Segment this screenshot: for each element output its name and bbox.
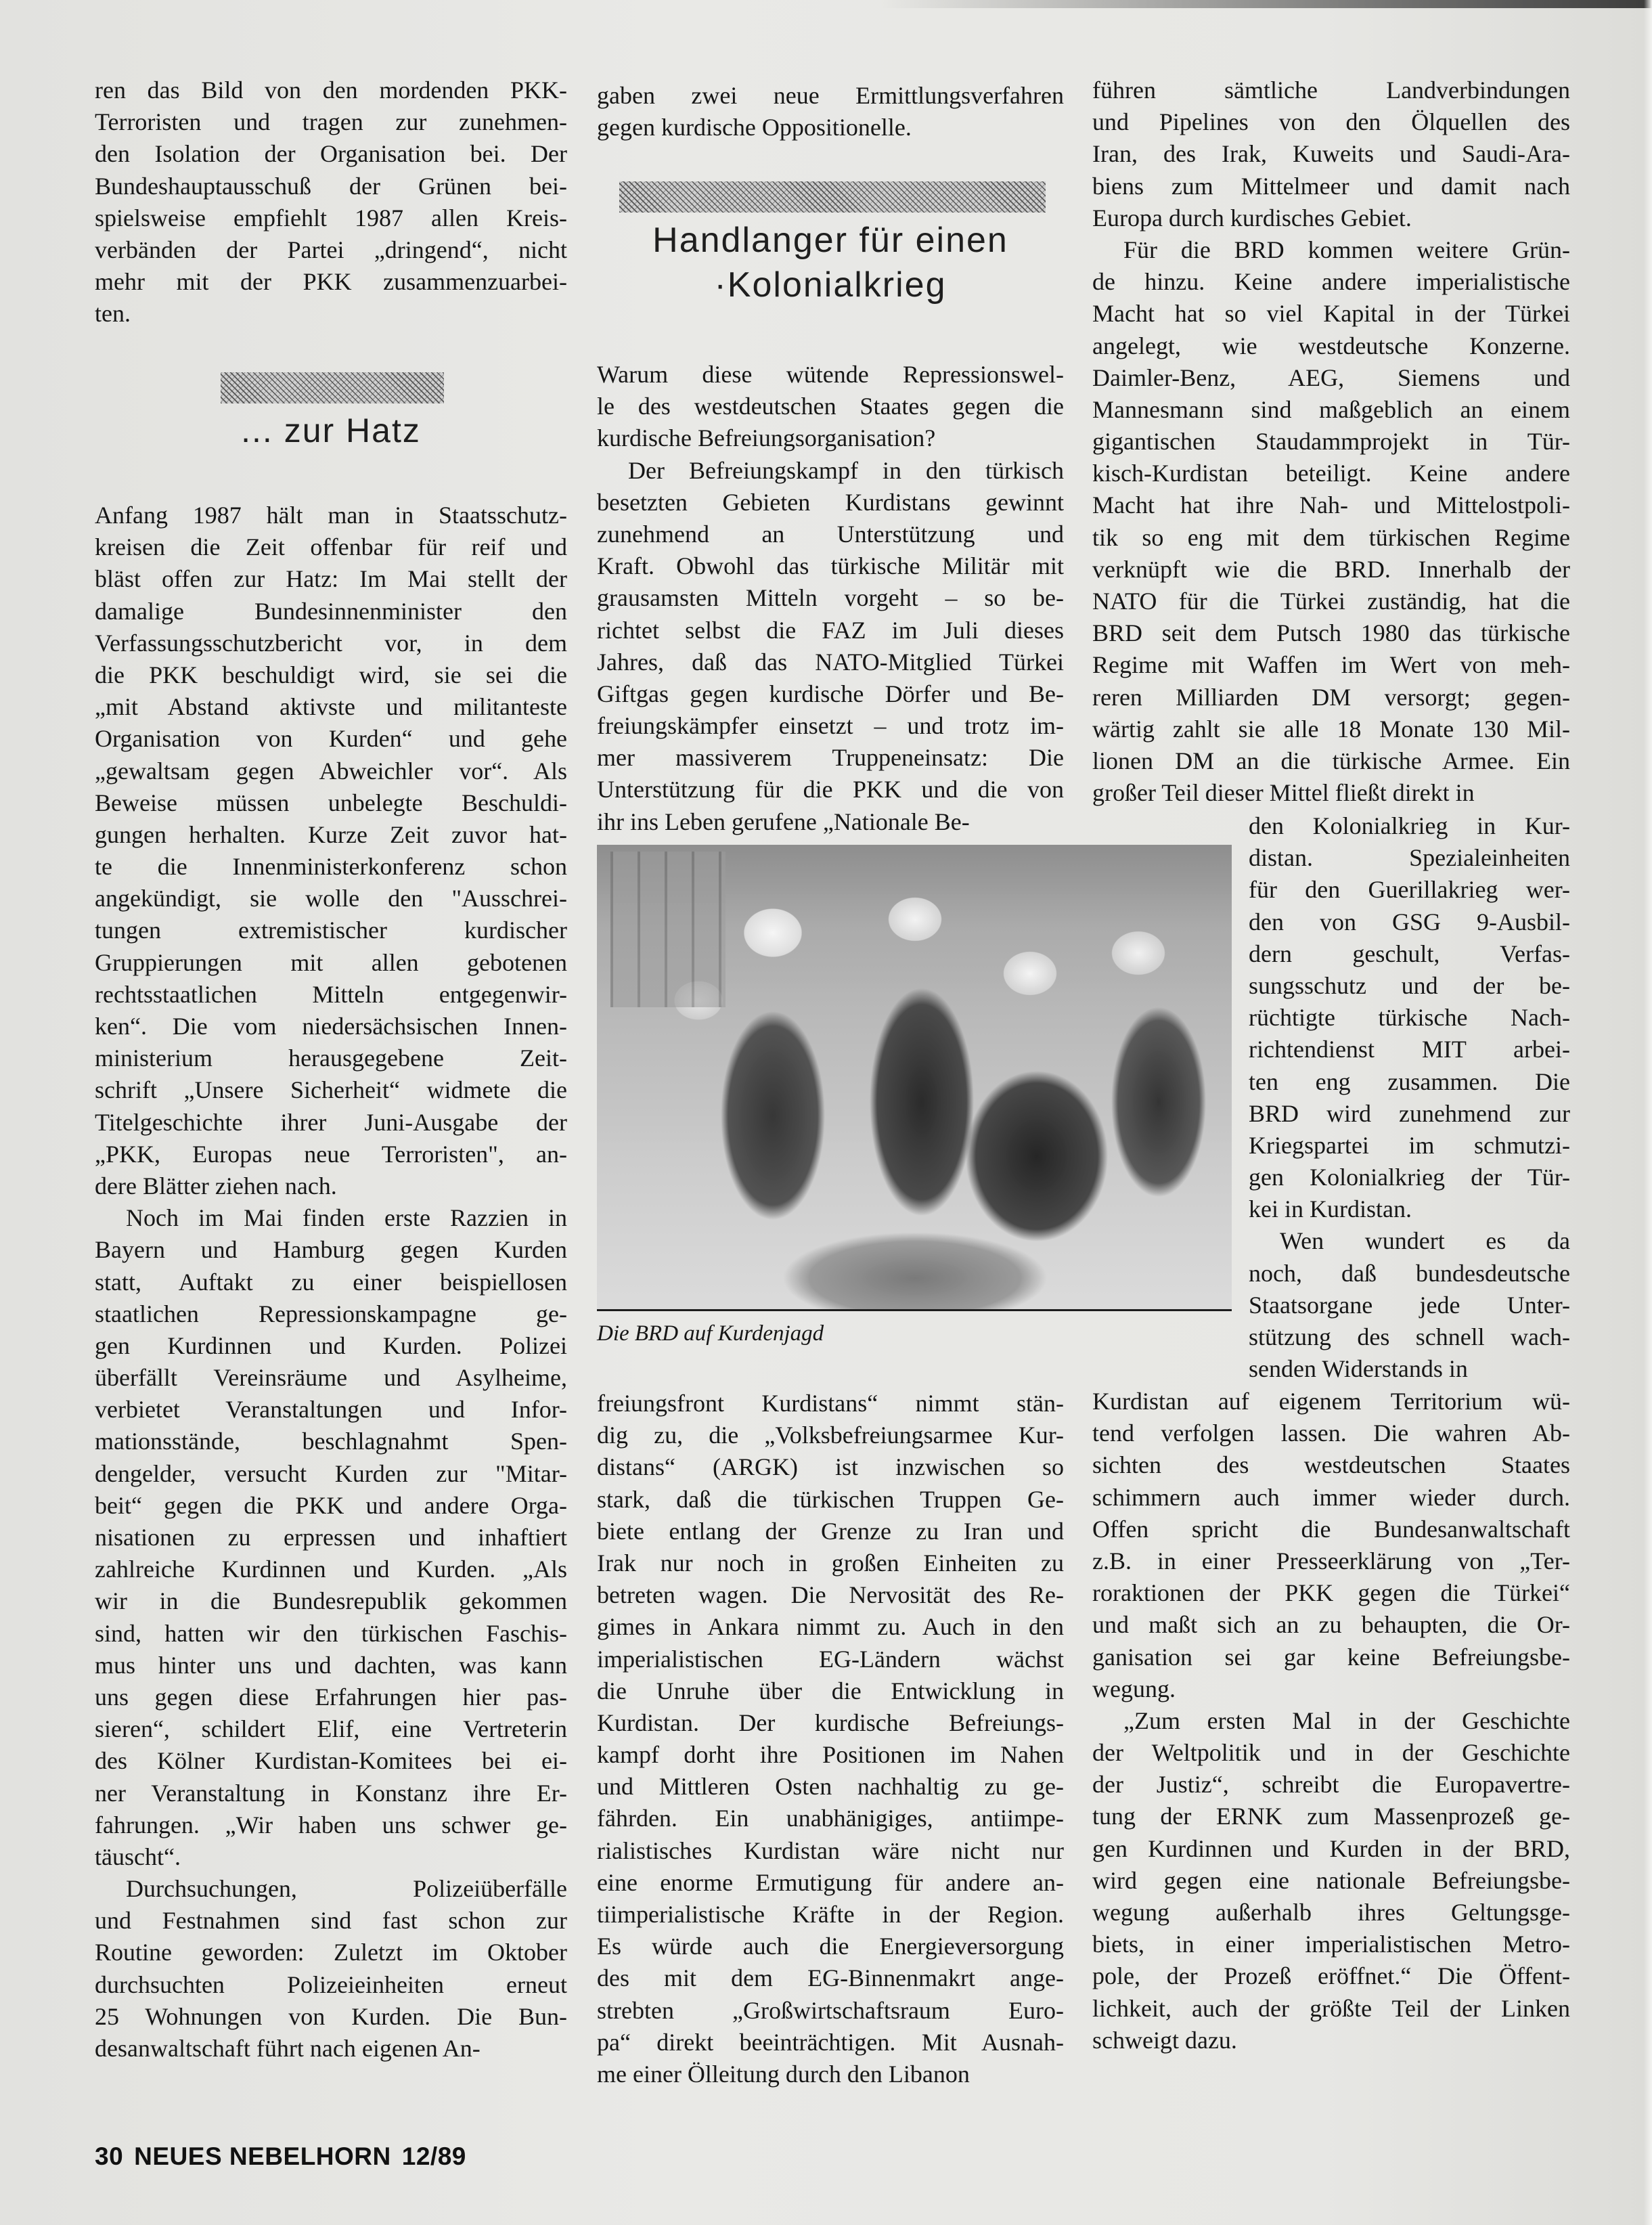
column-3-narrow-wrap: den Kolonialkrieg in Kur-distan. Spezial… [1249, 810, 1570, 1385]
text-line: uns gegen diese Erfahrungen hier pas- [95, 1681, 567, 1713]
text-line: sieren“, schildert Elif, eine Vertreteri… [95, 1713, 567, 1745]
text-line: überfällt Vereinsräume und Asylheime, [95, 1362, 567, 1394]
text-line: Bayern und Hamburg gegen Kurden [95, 1234, 567, 1266]
column-2-continued: freiungsfront Kurdistans“ nimmt stän-dig… [597, 1388, 1064, 2090]
text-line: ihr ins Leben gerufene „Nationale Be- [597, 806, 1064, 838]
text-line: bläst offen zur Hatz: Im Mai stellt der [95, 563, 567, 595]
text-line: Macht hat so viel Kapital in der Türkei [1092, 298, 1570, 330]
page-number: 30 [95, 2142, 123, 2170]
text-line: Giftgas gegen kurdische Dörfer und Be- [597, 678, 1064, 710]
text-line: angelegt, wie westdeutsche Konzerne. [1092, 330, 1570, 362]
text-line: Routine geworden: Zuletzt im Oktober [95, 1937, 567, 1968]
text-line: den Kolonialkrieg in Kur- [1249, 810, 1570, 842]
text-line: und Mittleren Osten nachhaltig zu ge- [597, 1771, 1064, 1803]
text-line: z.B. in einer Presseerklärung von „Ter- [1092, 1545, 1570, 1577]
text-line: ken“. Die vom niedersächsischen Innen- [95, 1011, 567, 1042]
text-line: kurdische Befreiungsorganisation? [597, 422, 1064, 454]
text-line: „gewaltsam gegen Abweichler vor“. Als [95, 755, 567, 787]
magazine-page: ren das Bild von den mordenden PKK-Terro… [0, 0, 1652, 2225]
text-line: Gruppierungen mit allen gebotenen [95, 947, 567, 979]
text-line: tiimperialistische Kräfte in der Region. [597, 1899, 1064, 1931]
text-line: ministerium herausgegebene Zeit- [95, 1042, 567, 1074]
text-line: Durchsuchungen, Polizeiüberfälle [95, 1873, 567, 1905]
text-line: wird gegen eine nationale Befreiungsbe- [1092, 1865, 1570, 1897]
text-line: kreisen die Zeit offenbar für reif und [95, 531, 567, 563]
text-line: durchsuchten Polizeieinheiten erneut [95, 1969, 567, 2001]
text-line: lionen DM an die türkische Armee. Ein [1092, 745, 1570, 777]
text-line: de hinzu. Keine andere imperialistische [1092, 266, 1570, 298]
issue-number: 12/89 [402, 2142, 466, 2170]
text-line: gaben zwei neue Ermittlungsverfahren [597, 80, 1064, 112]
column-3-top: führen sämtliche Landverbindungenund Pip… [1092, 74, 1570, 809]
column-2-body: Warum diese wütende Repressionswel-le de… [597, 359, 1064, 838]
text-line: mer massiverem Truppeneinsatz: Die [597, 742, 1064, 774]
heading-handlanger-kolonialkrieg: Handlanger für einen ·Kolonialkrieg [597, 218, 1064, 307]
text-line: 25 Wohnungen von Kurden. Die Bun- [95, 2001, 567, 2033]
text-line: tungen extremistischer kurdischer [95, 915, 567, 946]
text-line: Daimler-Benz, AEG, Siemens und [1092, 362, 1570, 394]
text-line: Kriegspartei im schmutzi- [1249, 1130, 1570, 1162]
text-line: reren Milliarden DM versorgt; gegen- [1092, 682, 1570, 713]
text-line: kei in Kurdistan. [1249, 1193, 1570, 1225]
text-line: Es würde auch die Energieversorgung [597, 1931, 1064, 1962]
text-line: biens zum Mittelmeer und damit nach [1092, 171, 1570, 202]
text-line: desanwaltschaft führt nach eigenen An- [95, 2033, 567, 2065]
text-line: Kurdistan auf eigenem Territorium wü- [1092, 1386, 1570, 1417]
text-line: rialistisches Kurdistan wäre nicht nur [597, 1835, 1064, 1867]
text-line: Regime mit Waffen im Wert von meh- [1092, 649, 1570, 681]
text-line: besetzten Gebieten Kurdistans gewinnt [597, 487, 1064, 519]
text-line: Mannesmann sind maßgeblich an einem [1092, 394, 1570, 426]
column-1-intro: ren das Bild von den mordenden PKK-Terro… [95, 74, 567, 330]
text-line: dig zu, die „Volksbefreiungsarmee Kur- [597, 1419, 1064, 1451]
text-line: für den Guerillakrieg wer- [1249, 874, 1570, 906]
text-line: gimes in Ankara nimmt zu. Auch in den [597, 1611, 1064, 1643]
text-line: distan. Spezialeinheiten [1249, 842, 1570, 874]
text-line: Jahres, daß das NATO-Mitglied Türkei [597, 646, 1064, 678]
text-line: rechtsstaatlichen Mitteln entgegenwir- [95, 979, 567, 1011]
text-line: wegung. [1092, 1673, 1570, 1705]
text-line: imperialistischen EG-Ländern wächst [597, 1644, 1064, 1675]
heading-line-2: ·Kolonialkrieg [597, 263, 1064, 307]
text-line: rüchtigte türkische Nach- [1249, 1002, 1570, 1034]
text-line: wegung außerhalb ihres Geltungsge- [1092, 1897, 1570, 1929]
text-line: kisch-Kurdistan beteiligt. Keine andere [1092, 458, 1570, 489]
scan-edge-shadow [880, 0, 1652, 8]
text-line: kampf dorht ihre Positionen im Nahen [597, 1739, 1064, 1771]
text-line: Kraft. Obwohl das türkische Militär mit [597, 550, 1064, 582]
text-line: statt, Auftakt zu einer beispiellosen [95, 1266, 567, 1298]
text-line: Iran, des Irak, Kuweits und Saudi-Ara- [1092, 138, 1570, 170]
text-line: Staatsorgane jede Unter- [1249, 1290, 1570, 1321]
section-divider-hatch [221, 372, 444, 403]
text-line: gen Kurdinnen und Kurden. Polizei [95, 1330, 567, 1362]
text-line: BRD seit dem Putsch 1980 das türkische [1092, 617, 1570, 649]
text-line: sungsschutz und der be- [1249, 970, 1570, 1002]
text-line: „Zum ersten Mal in der Geschichte [1092, 1705, 1570, 1737]
text-line: BRD wird zunehmend zur [1249, 1098, 1570, 1130]
text-line: fahrungen. „Wir haben uns schwer ge- [95, 1809, 567, 1841]
text-line: grausamsten Mitteln vorgeht – so be- [597, 582, 1064, 614]
text-line: damalige Bundesinnenminister den [95, 596, 567, 627]
text-line: lichkeit, auch der größte Teil der Linke… [1092, 1993, 1570, 2025]
text-line: NATO für die Türkei zuständig, hat die [1092, 586, 1570, 617]
text-line: dere Blätter ziehen nach. [95, 1170, 567, 1202]
text-line: stützung des schnell wach- [1249, 1321, 1570, 1353]
photo-background-building [610, 852, 725, 1007]
text-line: die Unruhe über die Entwicklung in [597, 1675, 1064, 1707]
heading-line-1: Handlanger für einen [597, 218, 1064, 263]
text-line: und Pipelines von den Ölquellen des [1092, 106, 1570, 138]
text-line: biets, in einer imperialistischen Metro- [1092, 1929, 1570, 1960]
text-line: fährden. Ein unabhänigiges, antiimpe- [597, 1803, 1064, 1834]
text-line: des mit dem EG-Binnenmakrt ange- [597, 1962, 1064, 1994]
text-line: Noch im Mai finden erste Razzien in [95, 1202, 567, 1234]
page-footer: 30NEUES NEBELHORN12/89 [95, 2142, 466, 2171]
text-line: und Festnahmen sind fast schon zur [95, 1905, 567, 1937]
text-line: verbänden der Partei „dringend“, nicht [95, 234, 567, 266]
text-line: spielsweise empfiehlt 1987 allen Kreis- [95, 202, 567, 234]
text-line: Macht hat ihre Nah- und Mittelostpoli- [1092, 489, 1570, 521]
text-line: den von GSG 9-Ausbil- [1249, 906, 1570, 938]
text-line: „PKK, Europas neue Terroristen", an- [95, 1139, 567, 1170]
text-line: Bundeshauptausschuß der Grünen bei- [95, 171, 567, 202]
text-line: ten. [95, 298, 567, 330]
text-line: Terroristen und tragen zur zunehmen- [95, 106, 567, 138]
text-line: großer Teil dieser Mittel fließt direkt … [1092, 777, 1570, 809]
subheading-zur-hatz: ... zur Hatz [95, 410, 567, 451]
text-line: und maßt sich an zu behaupten, die Or- [1092, 1609, 1570, 1641]
scan-edge-highlight [1644, 0, 1652, 2225]
text-line: schimmern auch immer wieder durch. [1092, 1482, 1570, 1514]
text-line: schrift „Unsere Sicherheit“ widmete die [95, 1074, 567, 1106]
text-line: zahlreiche Kurdinnen und Kurden. „Als [95, 1554, 567, 1585]
text-line: täuscht“. [95, 1841, 567, 1873]
publication-name: NEUES NEBELHORN [134, 2142, 391, 2170]
text-line: wir in die Bundesrepublik gekommen [95, 1585, 567, 1617]
text-line: pole, der Prozeß eröffnet.“ Die Öffent- [1092, 1960, 1570, 1992]
text-line: freiungsfront Kurdistans“ nimmt stän- [597, 1388, 1064, 1419]
text-line: Wen wundert es da [1249, 1225, 1570, 1257]
text-line: Für die BRD kommen weitere Grün- [1092, 234, 1570, 266]
text-line: sichten des westdeutschen Staates [1092, 1449, 1570, 1481]
photo-caption: Die BRD auf Kurdenjagd [597, 1320, 824, 1347]
text-line: tung der ERNK zum Massenprozeß ge- [1092, 1801, 1570, 1832]
text-line: Europa durch kurdisches Gebiet. [1092, 202, 1570, 234]
text-line: Offen spricht die Bundesanwaltschaft [1092, 1514, 1570, 1545]
text-line: ren das Bild von den mordenden PKK- [95, 74, 567, 106]
text-line: distans“ (ARGK) ist inzwischen so [597, 1451, 1064, 1483]
column-1-body: Anfang 1987 hält man in Staatsschutz-kre… [95, 500, 567, 2065]
text-line: tik so eng mit dem türkischen Regime [1092, 522, 1570, 554]
text-line: beit“ gegen die PKK und andere Orga- [95, 1490, 567, 1522]
text-line: zunehmend an Unterstützung und [597, 519, 1064, 550]
text-line: verknüpft wie die BRD. Innerhalb der [1092, 554, 1570, 586]
text-line: führen sämtliche Landverbindungen [1092, 74, 1570, 106]
news-photo [597, 845, 1232, 1311]
text-line: gegen kurdische Oppositionelle. [597, 112, 1064, 144]
text-line: richtendienst MIT arbei- [1249, 1034, 1570, 1065]
text-line: pa“ direkt beeinträchtigen. Mit Ausnah- [597, 2027, 1064, 2058]
text-line: te die Innenministerkonferenz schon [95, 851, 567, 883]
text-line: des Kölner Kurdistan-Komitees bei ei- [95, 1745, 567, 1777]
text-line: Anfang 1987 hält man in Staatsschutz- [95, 500, 567, 531]
column-2-intro: gaben zwei neue Ermittlungsverfahrengege… [597, 80, 1064, 144]
column-3-bottom: Kurdistan auf eigenem Territorium wü-ten… [1092, 1386, 1570, 2056]
text-line: eine enorme Ermutigung für andere an- [597, 1867, 1064, 1899]
text-line: noch, daß bundesdeutsche [1249, 1258, 1570, 1290]
text-line: der Weltpolitik und in der Geschichte [1092, 1737, 1570, 1769]
text-line: richtet selbst die FAZ im Juli dieses [597, 615, 1064, 646]
text-line: schweigt dazu. [1092, 2025, 1570, 2056]
text-line: stark, daß die türkischen Truppen Ge- [597, 1484, 1064, 1516]
text-line: tend verfolgen lassen. Die wahren Ab- [1092, 1417, 1570, 1449]
text-line: ganisation sei gar keine Befreiungsbe- [1092, 1642, 1570, 1673]
text-line: angekündigt, sie wolle den "Ausschrei- [95, 883, 567, 915]
text-line: gen Kurdinnen und Kurden in der BRD, [1092, 1833, 1570, 1865]
text-line: sind, hatten wir den türkischen Faschis- [95, 1618, 567, 1650]
text-line: verbietet Veranstaltungen und Infor- [95, 1394, 567, 1426]
text-line: die PKK beschuldigt wird, sie sei die [95, 659, 567, 691]
text-line: „mit Abstand aktivste und militanteste [95, 691, 567, 723]
text-line: der Justiz“, schreibt die Europavertre- [1092, 1769, 1570, 1801]
text-line: mationsstände, beschlagnahmt Spen- [95, 1426, 567, 1457]
text-line: Beweise müssen unbelegte Beschuldi- [95, 787, 567, 819]
text-line: Kurdistan. Der kurdische Befreiungs- [597, 1707, 1064, 1739]
text-line: Verfassungsschutzbericht vor, in dem [95, 627, 567, 659]
text-line: Unterstützung für die PKK und die von [597, 774, 1064, 806]
text-line: ner Veranstaltung in Konstanz ihre Er- [95, 1778, 567, 1809]
text-line: gungen herhalten. Kurze Zeit zuvor hat- [95, 819, 567, 851]
text-line: strebten „Großwirtschaftsraum Euro- [597, 1995, 1064, 2027]
text-line: Irak nur noch in großen Einheiten zu [597, 1547, 1064, 1579]
text-line: mehr mit der PKK zusammenzuarbei- [95, 266, 567, 298]
text-line: nisationen zu erpressen und inhaftiert [95, 1522, 567, 1554]
text-line: wärtig zahlt sie alle 18 Monate 130 Mil- [1092, 713, 1570, 745]
text-line: Der Befreiungskampf in den türkisch [597, 455, 1064, 487]
text-line: biete entlang der Grenze zu Iran und [597, 1516, 1064, 1547]
text-line: Warum diese wütende Repressionswel- [597, 359, 1064, 391]
text-line: freiungskämpfer einsetzt – und trotz im- [597, 710, 1064, 742]
text-line: gigantischen Staudammprojekt in Tür- [1092, 426, 1570, 458]
text-line: senden Widerstands in [1249, 1353, 1570, 1385]
section-divider-hatch [619, 181, 1046, 213]
text-line: Organisation von Kurden“ und gehe [95, 723, 567, 755]
text-line: ten eng zusammen. Die [1249, 1066, 1570, 1098]
text-line: dengelder, versucht Kurden zur "Mitar- [95, 1458, 567, 1490]
text-line: me einer Ölleitung durch den Libanon [597, 2058, 1064, 2090]
text-line: gen Kolonialkrieg der Tür- [1249, 1162, 1570, 1193]
text-line: den Isolation der Organisation bei. Der [95, 138, 567, 170]
text-line: staatlichen Repressionskampagne ge- [95, 1298, 567, 1330]
text-line: mus hinter uns und dachten, was kann [95, 1650, 567, 1681]
text-line: betreten wagen. Die Nervosität des Re- [597, 1579, 1064, 1611]
text-line: dern geschult, Verfas- [1249, 938, 1570, 970]
text-line: Titelgeschichte ihrer Juni-Ausgabe der [95, 1107, 567, 1139]
text-line: le des westdeutschen Staates gegen die [597, 391, 1064, 422]
text-line: roraktionen der PKK gegen die Türkei“ [1092, 1577, 1570, 1609]
